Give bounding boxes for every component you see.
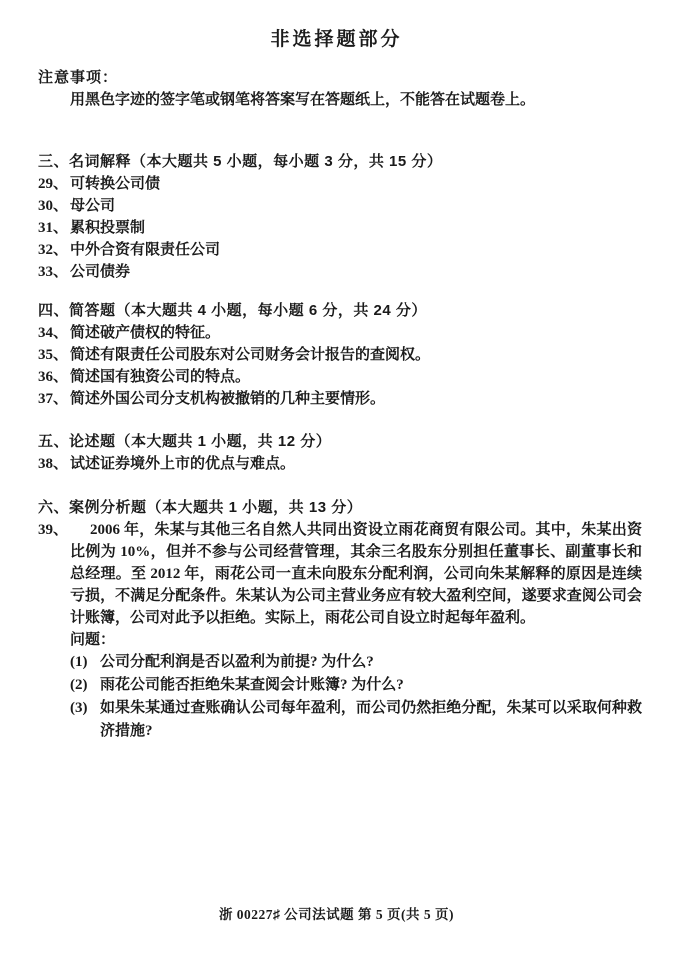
- item-text: 简述有限责任公司股东对公司财务会计报告的查阅权。: [70, 347, 430, 363]
- item-number: 36、: [38, 366, 70, 388]
- item-text: 简述破产债权的特征。: [70, 325, 220, 341]
- question-item: 29、可转换公司债: [38, 173, 642, 195]
- item-text: 简述外国公司分支机构被撤销的几种主要情形。: [70, 391, 385, 407]
- page-title: 非选择题部分: [0, 0, 673, 53]
- sub-question-number: (1): [70, 651, 88, 674]
- sub-question: (1)公司分配利润是否以盈利为前提? 为什么?: [70, 651, 642, 674]
- item-text: 简述国有独资公司的特点。: [70, 369, 250, 385]
- case-body-text: 2006 年，朱某与其他三名自然人共同出资设立雨花商贸有限公司。其中，朱某出资比…: [70, 519, 642, 629]
- case-questions-label: 问题：: [70, 629, 642, 651]
- item-number: 29、: [38, 173, 70, 195]
- item-number: 35、: [38, 344, 70, 366]
- item-text: 中外合资有限责任公司: [70, 242, 220, 258]
- notice-text: 用黑色字迹的签字笔或钢笔将答案写在答题纸上，不能答在试题卷上。: [70, 89, 642, 111]
- case-question: 39、 2006 年，朱某与其他三名自然人共同出资设立雨花商贸有限公司。其中，朱…: [38, 519, 642, 629]
- question-item: 38、试述证券境外上市的优点与难点。: [38, 453, 642, 475]
- section-heading: 三、名词解释（本大题共 5 小题，每小题 3 分，共 15 分）: [38, 151, 642, 173]
- sub-question-text: 公司分配利润是否以盈利为前提? 为什么?: [100, 654, 374, 670]
- section-terms: 三、名词解释（本大题共 5 小题，每小题 3 分，共 15 分） 29、可转换公…: [38, 151, 642, 283]
- sub-question-number: (2): [70, 674, 88, 697]
- item-number: 37、: [38, 388, 70, 410]
- item-number: 34、: [38, 322, 70, 344]
- question-item: 32、中外合资有限责任公司: [38, 239, 642, 261]
- section-short-answer: 四、简答题（本大题共 4 小题，每小题 6 分，共 24 分） 34、简述破产债…: [38, 300, 642, 410]
- item-number: 32、: [38, 239, 70, 261]
- item-text: 公司债券: [70, 264, 130, 280]
- question-item: 37、简述外国公司分支机构被撤销的几种主要情形。: [38, 388, 642, 410]
- sub-question: (3)如果朱某通过查账确认公司每年盈利，而公司仍然拒绝分配，朱某可以采取何种救济…: [70, 697, 642, 743]
- section-heading: 五、论述题（本大题共 1 小题，共 12 分）: [38, 431, 642, 453]
- item-number: 38、: [38, 453, 70, 475]
- section-essay: 五、论述题（本大题共 1 小题，共 12 分） 38、试述证券境外上市的优点与难…: [38, 431, 642, 475]
- sub-question-text: 如果朱某通过查账确认公司每年盈利，而公司仍然拒绝分配，朱某可以采取何种救济措施?: [100, 700, 642, 739]
- page-footer: 浙 00227♯ 公司法试题 第 5 页(共 5 页): [0, 903, 673, 923]
- case-number: 39、: [38, 519, 68, 541]
- item-number: 31、: [38, 217, 70, 239]
- notice-label: 注意事项：: [38, 67, 642, 89]
- section-case-analysis: 六、案例分析题（本大题共 1 小题，共 13 分） 39、 2006 年，朱某与…: [38, 497, 642, 743]
- question-item: 35、简述有限责任公司股东对公司财务会计报告的查阅权。: [38, 344, 642, 366]
- item-text: 累积投票制: [70, 220, 145, 236]
- item-text: 母公司: [70, 198, 115, 214]
- page-content: 注意事项： 用黑色字迹的签字笔或钢笔将答案写在答题纸上，不能答在试题卷上。 三、…: [38, 67, 642, 743]
- sub-question-text: 雨花公司能否拒绝朱某查阅会计账簿? 为什么?: [100, 677, 404, 693]
- question-item: 34、简述破产债权的特征。: [38, 322, 642, 344]
- item-text: 可转换公司债: [70, 176, 160, 192]
- item-number: 33、: [38, 261, 70, 283]
- question-item: 33、公司债券: [38, 261, 642, 283]
- sub-question-number: (3): [70, 697, 88, 720]
- question-item: 30、母公司: [38, 195, 642, 217]
- section-heading: 四、简答题（本大题共 4 小题，每小题 6 分，共 24 分）: [38, 300, 642, 322]
- question-item: 31、累积投票制: [38, 217, 642, 239]
- sub-question: (2)雨花公司能否拒绝朱某查阅会计账簿? 为什么?: [70, 674, 642, 697]
- item-number: 30、: [38, 195, 70, 217]
- question-item: 36、简述国有独资公司的特点。: [38, 366, 642, 388]
- exam-page: 非选择题部分 注意事项： 用黑色字迹的签字笔或钢笔将答案写在答题纸上，不能答在试…: [0, 0, 673, 973]
- section-heading: 六、案例分析题（本大题共 1 小题，共 13 分）: [38, 497, 642, 519]
- item-text: 试述证券境外上市的优点与难点。: [70, 456, 295, 472]
